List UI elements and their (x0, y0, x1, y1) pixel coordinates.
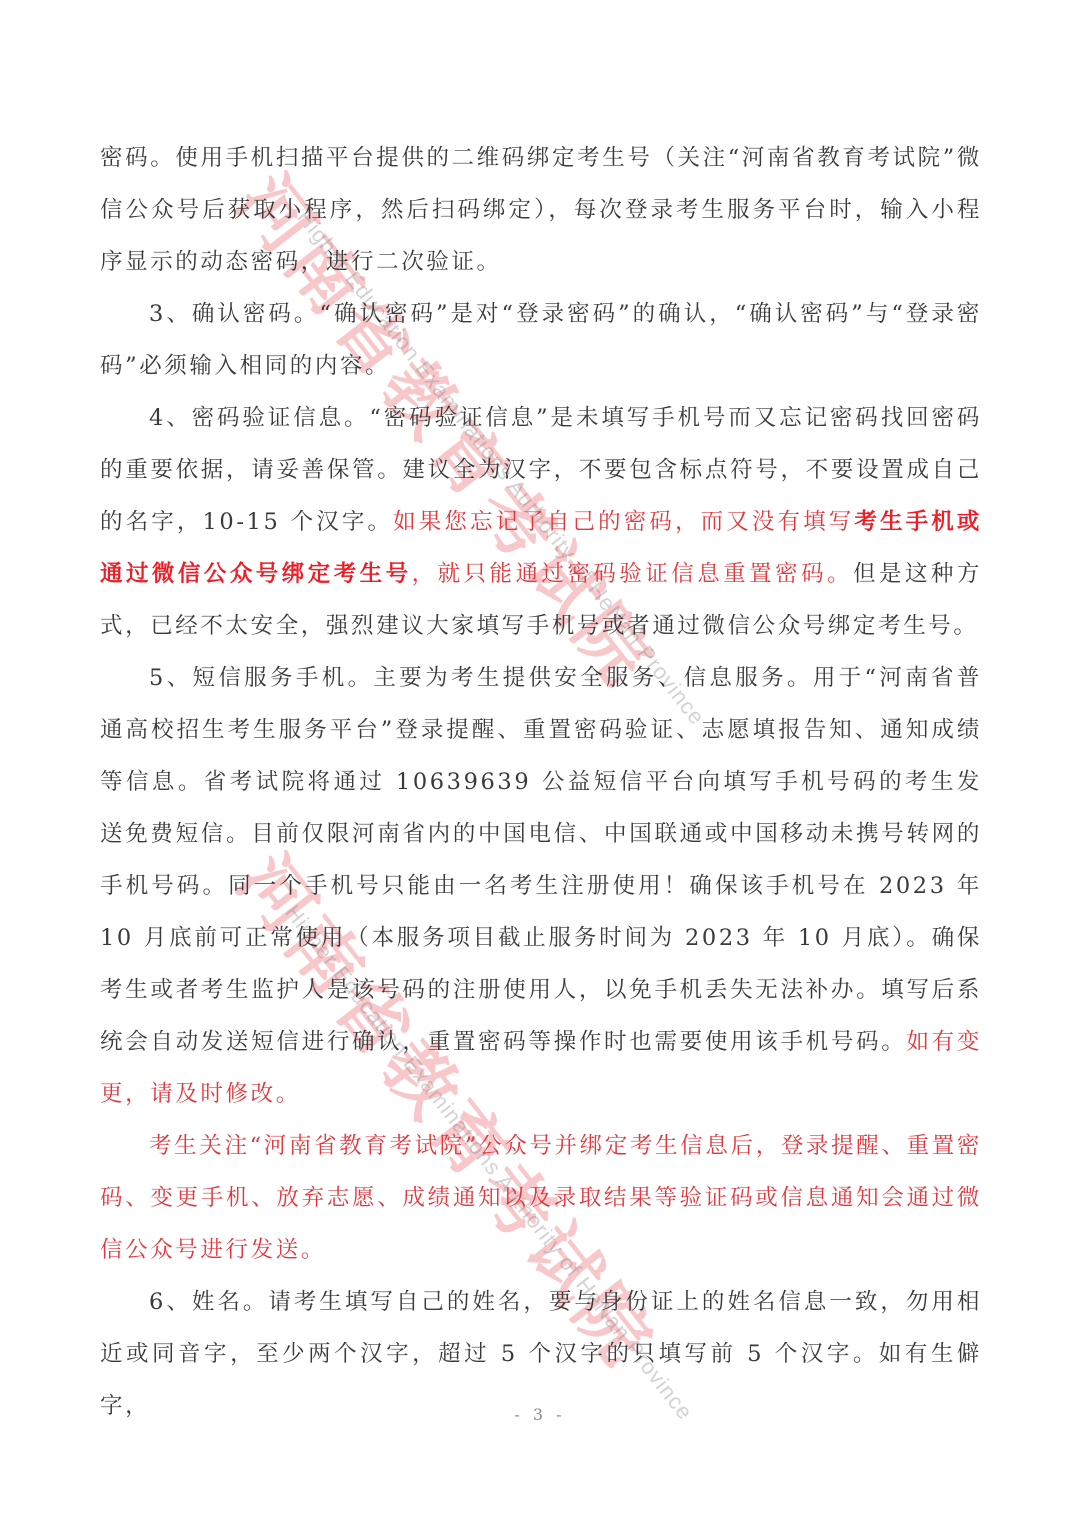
text-run-red: ，就只能通过密码验证信息重置密码。 (412, 561, 853, 587)
text-run-red: 如果您忘记了自己的密码，而又没有填写 (393, 509, 854, 535)
text-run: 密码。使用手机扫描平台提供的二维码绑定考生号（关注“河南省教育考试院”微信公众号… (100, 145, 982, 275)
text-run: 5、短信服务手机。主要为考生提供安全服务、信息服务。用于“河南省普通高校招生考生… (100, 665, 982, 1055)
paragraph-password-verification: 4、密码验证信息。“密码验证信息”是未填写手机号而又忘记密码找回密码的重要依据，… (100, 392, 982, 652)
paragraph-sms-phone: 5、短信服务手机。主要为考生提供安全服务、信息服务。用于“河南省普通高校招生考生… (100, 652, 982, 1120)
paragraph-password-binding: 密码。使用手机扫描平台提供的二维码绑定考生号（关注“河南省教育考试院”微信公众号… (100, 132, 982, 288)
paragraph-confirm-password: 3、确认密码。“确认密码”是对“登录密码”的确认，“确认密码”与“登录密码”必须… (100, 288, 982, 392)
text-run: 3、确认密码。“确认密码”是对“登录密码”的确认，“确认密码”与“登录密码”必须… (100, 301, 982, 379)
paragraph-wechat-notice: 考生关注“河南省教育考试院”公众号并绑定考生信息后，登录提醒、重置密码、变更手机… (100, 1120, 982, 1276)
text-run-red: 考生关注“河南省教育考试院”公众号并绑定考生信息后，登录提醒、重置密码、变更手机… (100, 1133, 982, 1263)
document-body: 密码。使用手机扫描平台提供的二维码绑定考生号（关注“河南省教育考试院”微信公众号… (100, 132, 982, 1432)
document-page: 河南省教育考试院 Higher Education Examinations A… (0, 0, 1080, 1527)
page-number: - 3 - (0, 1405, 1080, 1424)
text-run: 6、姓名。请考生填写自己的姓名，要与身份证上的姓名信息一致，勿用相近或同音字，至… (100, 1289, 982, 1419)
